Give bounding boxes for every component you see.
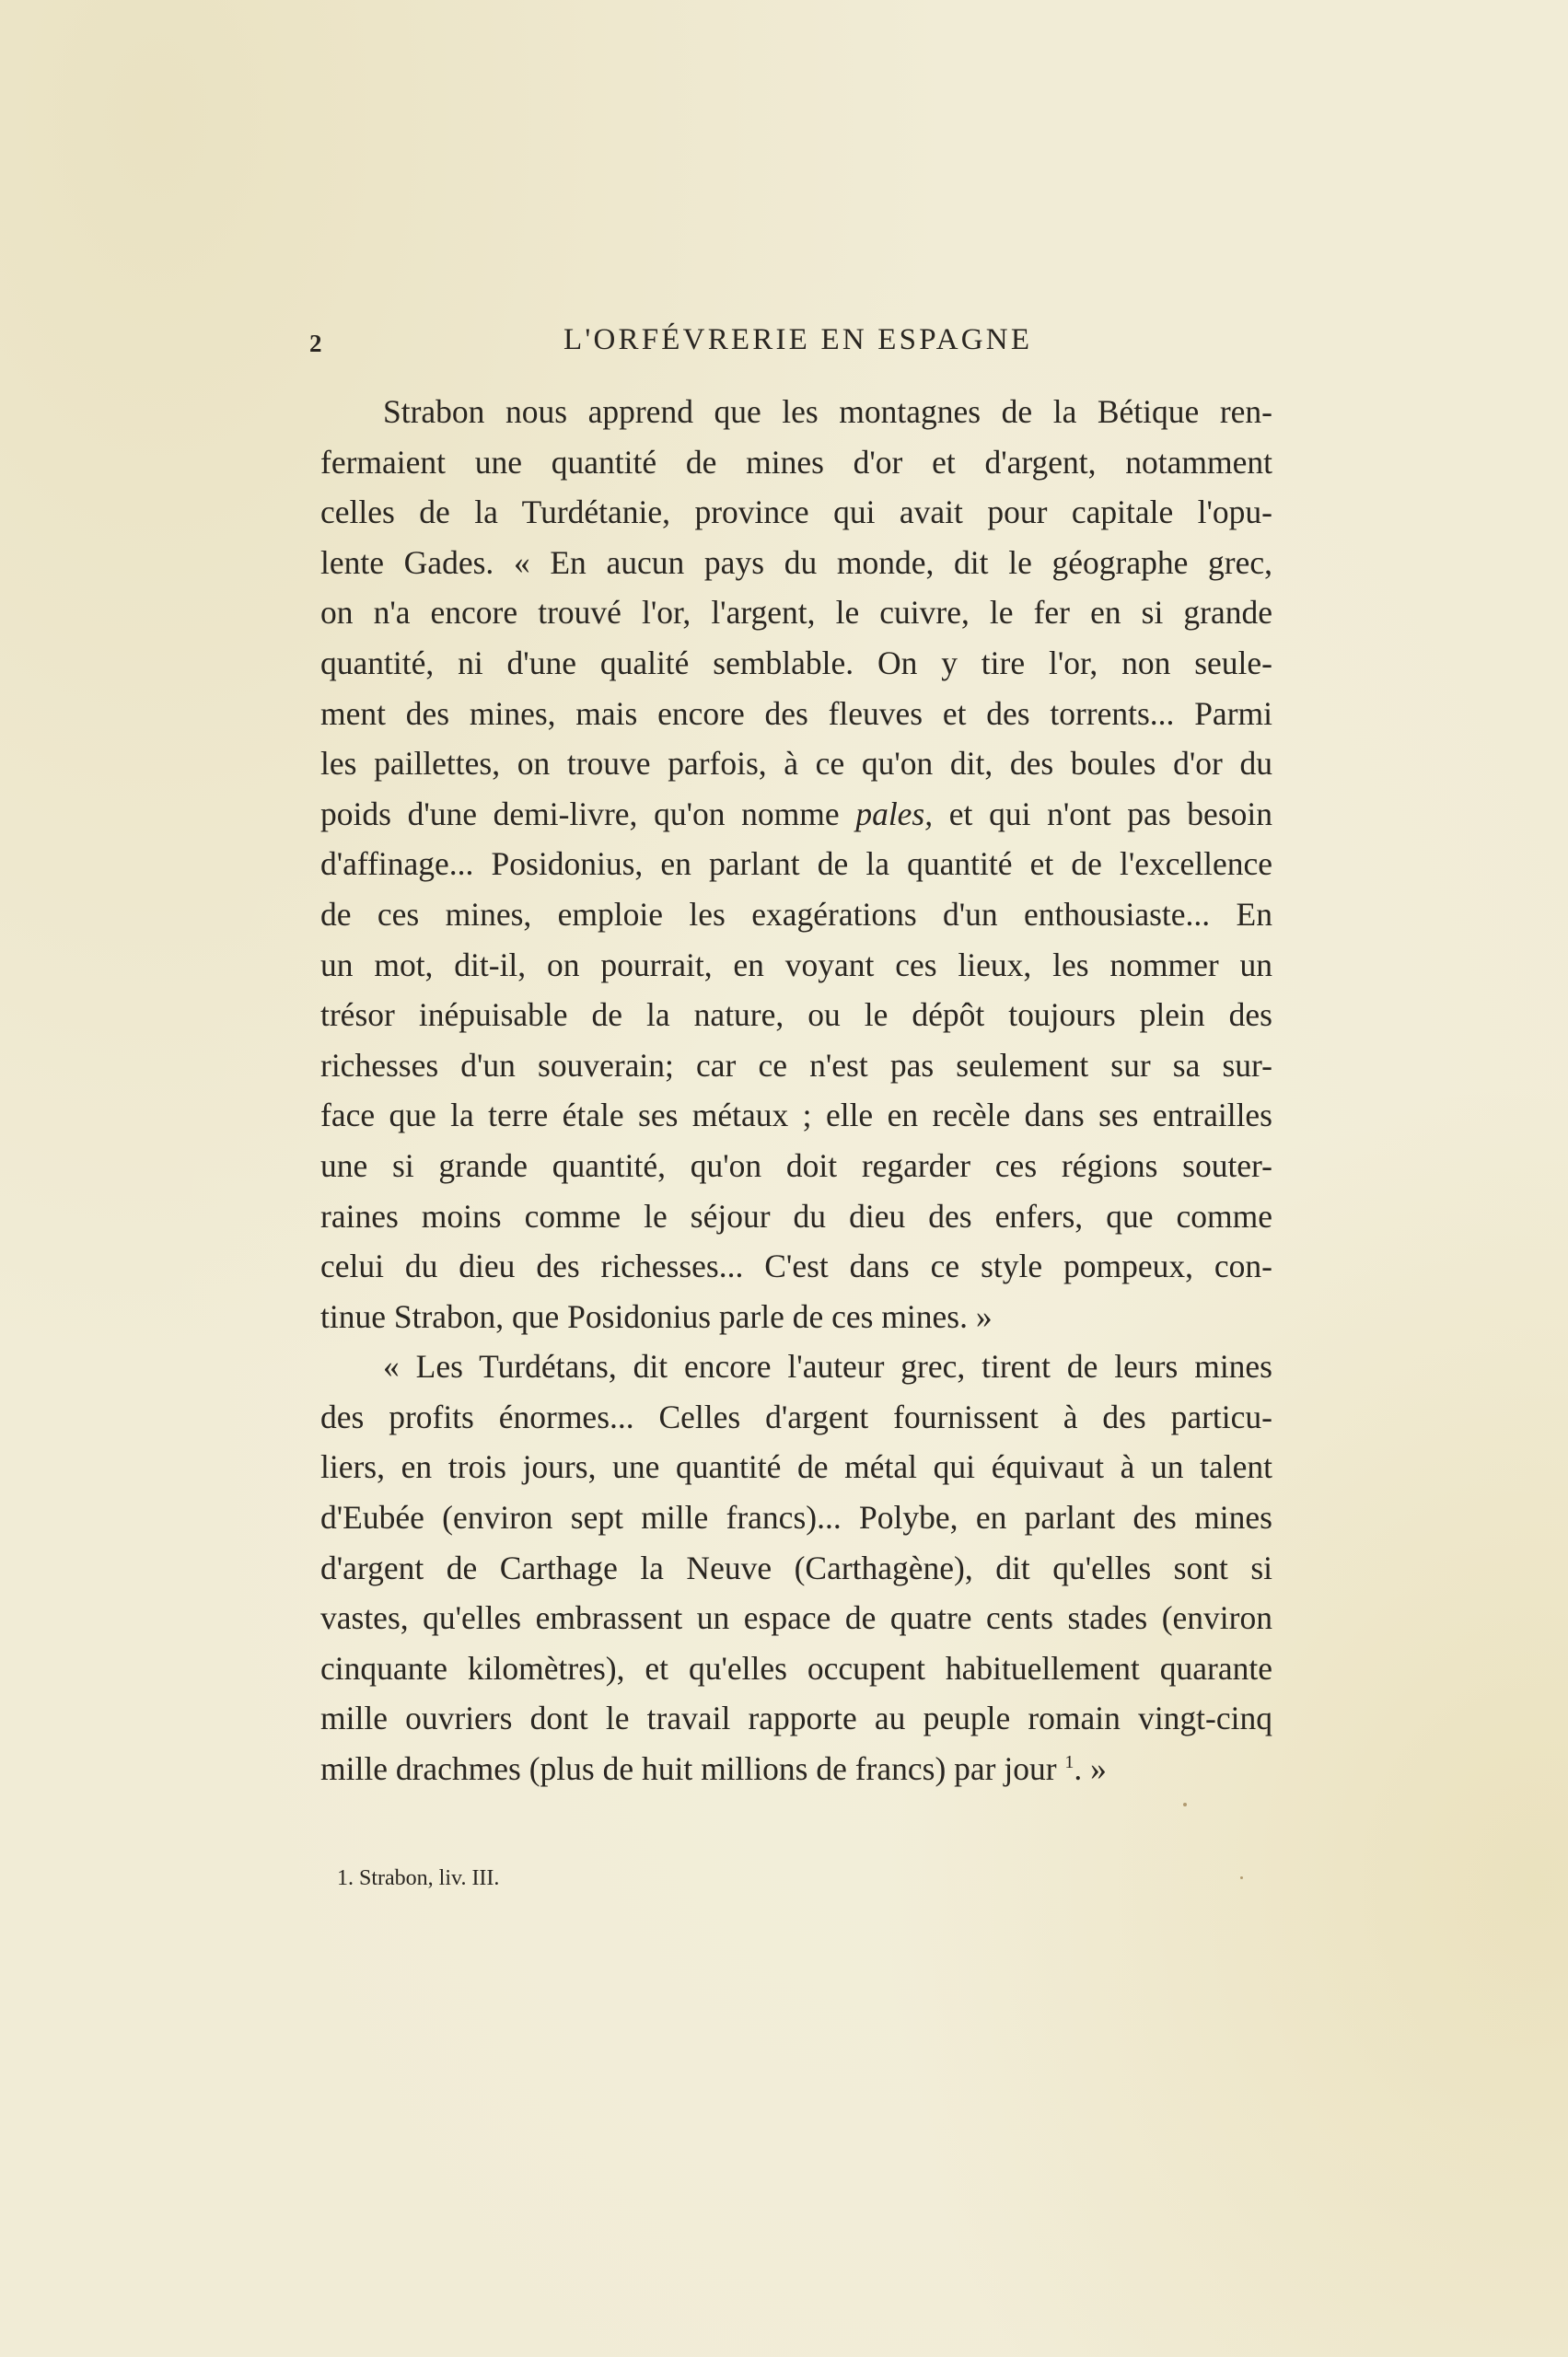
text-run: et qui n'ont pas besoin xyxy=(933,795,1272,832)
text-line: mille ouvriers dont le travail rapporte … xyxy=(320,1693,1272,1744)
text-run: . » xyxy=(1074,1750,1107,1787)
text-line: celui du dieu des richesses... C'est dan… xyxy=(320,1241,1272,1292)
text-line: d'Eubée (environ sept mille francs)... P… xyxy=(320,1492,1272,1543)
text-line: face que la terre étale ses métaux ; ell… xyxy=(320,1090,1272,1141)
footnote: 1. Strabon, liv. III. xyxy=(337,1866,499,1891)
text-run: poids d'une demi-livre, qu'on nomme xyxy=(320,795,855,832)
text-line: « Les Turdétans, dit encore l'auteur gre… xyxy=(320,1341,1272,1392)
text-line: quantité, ni d'une qualité semblable. On… xyxy=(320,638,1272,689)
text-run: mille drachmes (plus de huit millions de… xyxy=(320,1750,1064,1787)
text-line: raines moins comme le séjour du dieu des… xyxy=(320,1191,1272,1242)
text-line: un mot, dit-il, on pourrait, en voyant c… xyxy=(320,940,1272,991)
text-line: d'affinage... Posidonius, en parlant de … xyxy=(320,839,1272,889)
text-line: des profits énormes... Celles d'argent f… xyxy=(320,1392,1272,1443)
text-line: lente Gades. « En aucun pays du monde, d… xyxy=(320,538,1272,588)
paper-speck xyxy=(1183,1803,1187,1806)
text-line: fermaient une quantité de mines d'or et … xyxy=(320,437,1272,488)
running-title: L'ORFÉVRERIE EN ESPAGNE xyxy=(563,323,1038,357)
italic-term: pales, xyxy=(855,795,933,832)
text-line: d'argent de Carthage la Neuve (Carthagèn… xyxy=(320,1543,1272,1594)
text-line: de ces mines, emploie les exagérations d… xyxy=(320,889,1272,940)
text-line: Strabon nous apprend que les montagnes d… xyxy=(320,387,1272,437)
text-line: celles de la Turdétanie, province qui av… xyxy=(320,487,1272,538)
paper-speck xyxy=(1240,1876,1243,1879)
page-number: 2 xyxy=(309,330,322,358)
text-line: tinue Strabon, que Posidonius parle de c… xyxy=(320,1292,1272,1342)
text-line: on n'a encore trouvé l'or, l'argent, le … xyxy=(320,587,1272,638)
body-text: Strabon nous apprend que les montagnes d… xyxy=(320,387,1272,1794)
footnote-ref[interactable]: 1 xyxy=(1064,1752,1074,1772)
text-line: cinquante kilomètres), et qu'elles occup… xyxy=(320,1643,1272,1694)
text-line: poids d'une demi-livre, qu'on nomme pale… xyxy=(320,789,1272,840)
text-line: ment des mines, mais encore des fleuves … xyxy=(320,689,1272,739)
text-line: les paillettes, on trouve parfois, à ce … xyxy=(320,738,1272,789)
text-line: liers, en trois jours, une quantité de m… xyxy=(320,1442,1272,1492)
text-line: richesses d'un souverain; car ce n'est p… xyxy=(320,1040,1272,1091)
text-line: vastes, qu'elles embrassent un espace de… xyxy=(320,1593,1272,1643)
text-line: trésor inépuisable de la nature, ou le d… xyxy=(320,990,1272,1040)
text-line: mille drachmes (plus de huit millions de… xyxy=(320,1744,1272,1794)
text-line: une si grande quantité, qu'on doit regar… xyxy=(320,1141,1272,1191)
